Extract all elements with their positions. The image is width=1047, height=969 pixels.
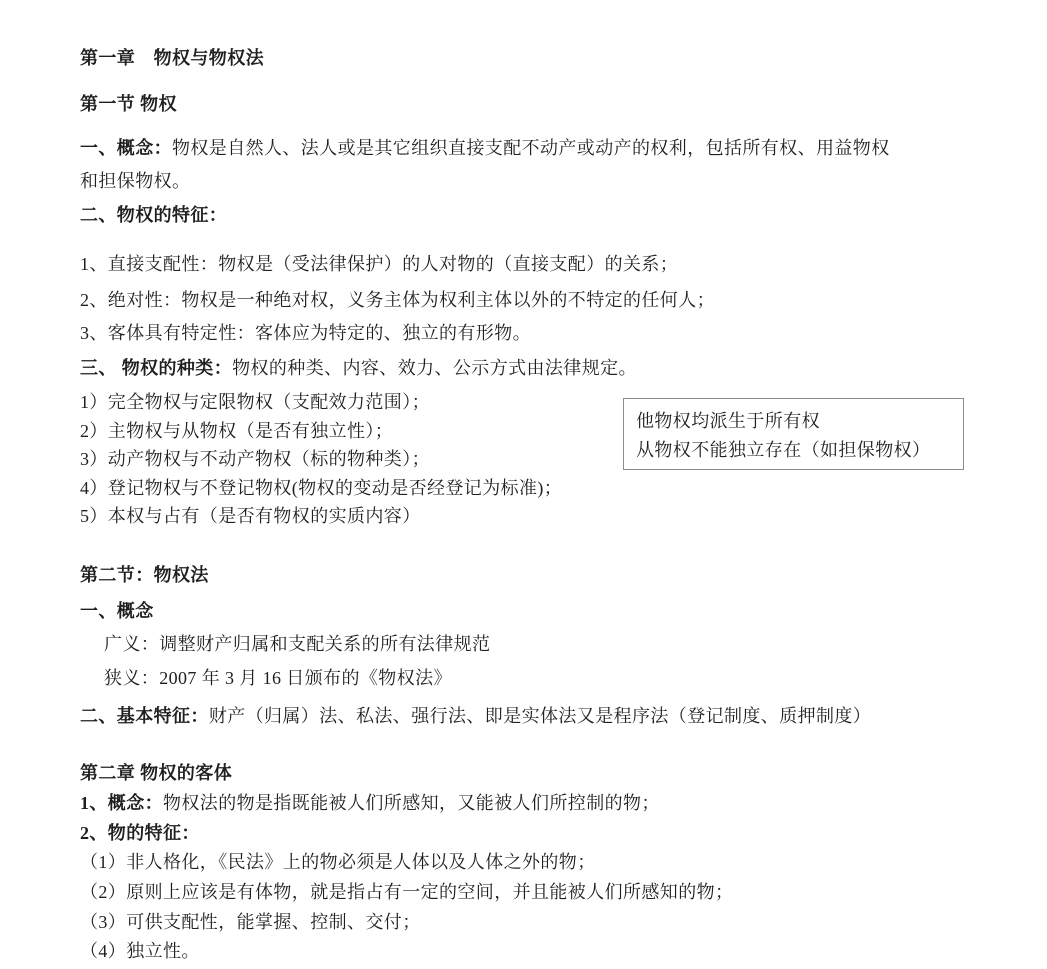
thing-feature-item: （2）原则上应该是有体物，就是指占有一定的空间，并且能被人们所感知的物； xyxy=(80,881,733,903)
sec2-concept-heading: 一、概念 xyxy=(80,600,154,622)
kind-item: 2）主物权与从物权（是否有独立性）； xyxy=(80,420,393,442)
concept-paragraph-line1: 一、概念：物权是自然人、法人或是其它组织直接支配不动产或动产的权利，包括所有权、… xyxy=(80,137,890,159)
narrow-definition: 狭义：2007 年 3 月 16 日颁布的《物权法》 xyxy=(104,667,452,689)
feature-item: 3、客体具有特定性：客体应为特定的、独立的有形物。 xyxy=(80,322,531,344)
kind-item: 5）本权与占有（是否有物权的实质内容） xyxy=(80,505,421,527)
basic-features-text: 财产（归属）法、私法、强行法、即是实体法又是程序法（登记制度、质押制度） xyxy=(209,706,871,726)
kinds-label: 三、 物权的种类： xyxy=(80,358,232,378)
kind-item: 1）完全物权与定限物权（支配效力范围）； xyxy=(80,391,430,413)
chapter1-heading: 第一章 物权与物权法 xyxy=(80,47,264,69)
feature-item: 2、绝对性：物权是一种绝对权，义务主体为权利主体以外的不特定的任何人； xyxy=(80,289,715,311)
note-box-line1: 他物权均派生于所有权 xyxy=(636,407,963,436)
basic-features-line: 二、基本特征：财产（归属）法、私法、强行法、即是实体法又是程序法（登记制度、质押… xyxy=(80,705,871,727)
chapter2-heading: 第二章 物权的客体 xyxy=(80,762,232,784)
kind-item: 4）登记物权与不登记物权(物权的变动是否经登记为标准)； xyxy=(80,477,562,499)
feature-item: 1、直接支配性：物权是（受法律保护）的人对物的（直接支配）的关系； xyxy=(80,253,678,275)
thing-features-heading: 2、物的特征： xyxy=(80,822,200,844)
section1-heading: 第一节 物权 xyxy=(80,93,177,115)
thing-feature-item: （4）独立性。 xyxy=(80,940,200,962)
ch2-concept-line: 1、概念：物权法的物是指既能被人们所感知，又能被人们所控制的物； xyxy=(80,792,660,814)
kinds-heading: 三、 物权的种类：物权的种类、内容、效力、公示方式由法律规定。 xyxy=(80,357,637,379)
concept-label: 一、概念： xyxy=(80,138,172,158)
features-heading: 二、物权的特征： xyxy=(80,204,227,226)
note-box: 他物权均派生于所有权 从物权不能独立存在（如担保物权） xyxy=(623,398,964,470)
basic-features-label: 二、基本特征： xyxy=(80,706,209,726)
concept-text: 物权是自然人、法人或是其它组织直接支配不动产或动产的权利，包括所有权、用益物权 xyxy=(172,138,890,158)
thing-feature-item: （1）非人格化，《民法》上的物必须是人体以及人体之外的物； xyxy=(80,851,596,873)
ch2-concept-text: 物权法的物是指既能被人们所感知，又能被人们所控制的物； xyxy=(163,793,660,813)
thing-feature-item: （3）可供支配性，能掌握、控制、交付； xyxy=(80,911,421,933)
kinds-text: 物权的种类、内容、效力、公示方式由法律规定。 xyxy=(232,358,637,378)
ch2-concept-label: 1、概念： xyxy=(80,793,163,813)
kind-item: 3）动产物权与不动产物权（标的物种类）； xyxy=(80,448,430,470)
concept-paragraph-line2: 和担保物权。 xyxy=(80,170,190,192)
document-page: 第一章 物权与物权法 第一节 物权 一、概念：物权是自然人、法人或是其它组织直接… xyxy=(0,0,1047,969)
note-box-line2: 从物权不能独立存在（如担保物权） xyxy=(636,436,963,465)
broad-definition: 广义：调整财产归属和支配关系的所有法律规范 xyxy=(104,633,490,655)
section2-heading: 第二节：物权法 xyxy=(80,564,209,586)
